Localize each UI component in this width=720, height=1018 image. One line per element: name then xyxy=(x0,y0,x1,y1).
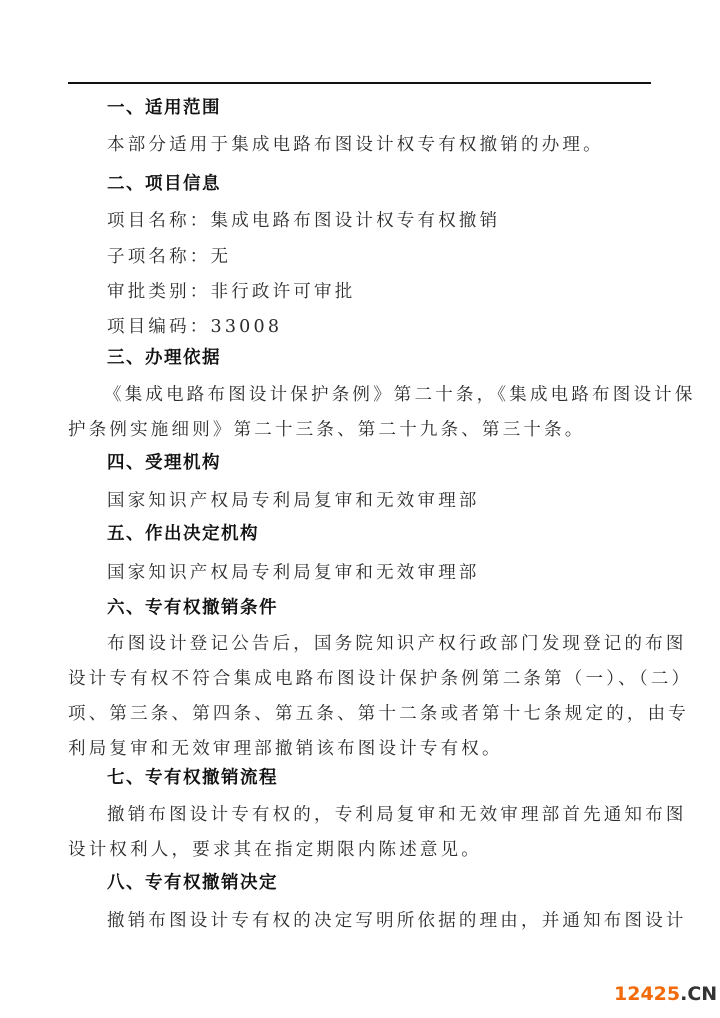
process-line-1: 撤销布图设计专有权的，专利局复审和无效审理部首先通知布图 xyxy=(107,801,687,826)
header-rule xyxy=(68,82,651,84)
project-code: 项目编码：33008 xyxy=(107,313,282,338)
conditions-line-2: 设计专有权不符合集成电路布图设计保护条例第二条第（一）、（二） xyxy=(68,665,692,690)
deciding-agency-text: 国家知识产权局专利局复审和无效审理部 xyxy=(107,559,480,584)
scope-text: 本部分适用于集成电路布图设计权专有权撤销的办理。 xyxy=(107,131,604,156)
sub-item-name: 子项名称：无 xyxy=(107,243,231,268)
section-heading-scope: 一、适用范围 xyxy=(107,94,221,119)
section-heading-deciding-agency: 五、作出决定机构 xyxy=(107,520,259,545)
process-line-2: 设计权利人，要求其在指定期限内陈述意见。 xyxy=(68,836,482,861)
section-heading-accepting-agency: 四、受理机构 xyxy=(107,449,221,474)
approval-category: 审批类别：非行政许可审批 xyxy=(107,278,355,303)
section-heading-revocation-decision: 八、专有权撤销决定 xyxy=(107,869,278,894)
basis-text-line-1: 《集成电路布图设计保护条例》第二十条，《集成电路布图设计保 xyxy=(104,381,696,406)
site-watermark: 12425.CN xyxy=(614,983,717,1005)
section-heading-revocation-conditions: 六、专有权撤销条件 xyxy=(107,594,278,619)
section-heading-basis: 三、办理依据 xyxy=(107,344,221,369)
project-name: 项目名称：集成电路布图设计权专有权撤销 xyxy=(107,207,500,232)
conditions-line-1: 布图设计登记公告后，国务院知识产权行政部门发现登记的布图 xyxy=(107,630,687,655)
conditions-line-3: 项、第三条、第四条、第五条、第十二条或者第十七条规定的，由专 xyxy=(68,700,689,725)
accepting-agency-text: 国家知识产权局专利局复审和无效审理部 xyxy=(107,487,480,512)
basis-text-line-2: 护条例实施细则》第二十三条、第二十九条、第三十条。 xyxy=(68,416,586,441)
watermark-number: 12425 xyxy=(614,983,680,1005)
decision-line-1: 撤销布图设计专有权的决定写明所依据的理由，并通知布图设计 xyxy=(107,907,687,932)
section-heading-project-info: 二、项目信息 xyxy=(107,170,221,195)
conditions-line-4: 利局复审和无效审理部撤销该布图设计专有权。 xyxy=(68,735,503,760)
section-heading-revocation-process: 七、专有权撤销流程 xyxy=(107,764,278,789)
watermark-domain: .CN xyxy=(680,983,717,1005)
